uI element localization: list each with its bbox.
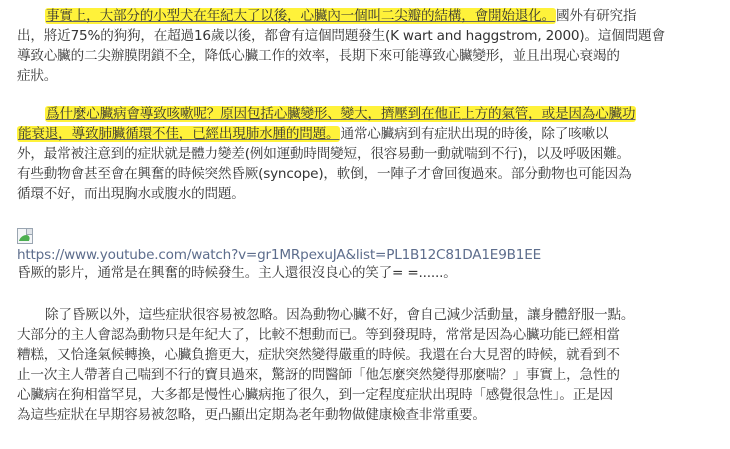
paragraph-2-line-1: 爲什麼心臟病會導致咳嗽呢？原因包括心臟變形、變大，擠壓到在他正上方的氣管，或是因… [45, 104, 636, 124]
highlighted-text: 爲什麼心臟病會導致咳嗽呢？原因包括心臟變形、變大，擠壓到在他正上方的氣管，或是因… [45, 106, 636, 122]
paragraph-3-line-6: 為這些症狀在早期容易被忽略，更凸顯出定期為老年動物做健康檢查非常重要。 [17, 405, 486, 425]
highlighted-text: 事實上，大部分的小型犬在年紀大了以後，心臟內一個叫二尖瓣的結構，會開始退化。 [45, 8, 556, 24]
paragraph-1-line-4: 症狀。 [17, 66, 57, 86]
body-text: 通常心臟病到有症狀出現的時後，除了咳嗽以 [340, 126, 608, 142]
paragraph-3-line-5: 心臟病在狗相當罕見，大多都是慢性心臟病拖了很久，到一定程度症狀出現時「感覺很急性… [17, 385, 613, 405]
highlighted-text: 能衰退，導致肺臟循環不佳，已經出現肺水腫的問題。 [17, 126, 340, 142]
video-caption: 昏厥的影片，通常是在興奮的時候發生。主人還很沒良心的笑了= =......。 [17, 263, 457, 283]
body-text: 國外有研究指 [556, 8, 636, 24]
paragraph-2-line-2: 能衰退，導致肺臟循環不佳，已經出現肺水腫的問題。通常心臟病到有症狀出現的時後，除… [17, 124, 608, 144]
paragraph-3-line-3: 糟糕，又恰逢氣候轉換，心臟負擔更大，症狀突然變得嚴重的時候。我還在台大見習的時候… [17, 345, 620, 365]
paragraph-3-line-4: 止一次主人帶著自己喘到不行的寶貝過來，驚訝的問醫師「他怎麼突然變得那麼喘？」事實… [17, 365, 620, 385]
paragraph-3-line-1: 除了昏厥以外，這些症狀很容易被忽略。因為動物心臟不好，會自己減少活動量，讓身體舒… [45, 305, 634, 325]
paragraph-1-line-1: 事實上，大部分的小型犬在年紀大了以後，心臟內一個叫二尖瓣的結構，會開始退化。國外… [45, 6, 636, 26]
paragraph-1-line-2: 出，將近75%的狗狗，在超過16歲以後，都會有這個問題發生(K wart and… [17, 26, 665, 46]
paragraph-3-line-2: 大部分的主人會認為動物只是年紀大了，比較不想動而已。等到發現時，常常是因為心臟功… [17, 325, 620, 345]
paragraph-2-line-4: 有些動物會甚至會在興奮的時候突然昏厥(syncope)，軟倒，一陣子才會回復過來… [17, 164, 631, 184]
video-link[interactable]: https://www.youtube.com/watch?v=gr1MRpex… [17, 245, 541, 265]
broken-image-icon[interactable] [17, 228, 33, 244]
paragraph-1-line-3: 導致心臟的二尖辦膜閉鎖不全，降低心臟工作的效率，長期下來可能導致心臟變形，並且出… [17, 46, 620, 66]
paragraph-2-line-5: 循環不好，而出現胸水或腹水的問題。 [17, 184, 245, 204]
paragraph-2-line-3: 外，最常被注意到的症狀就是體力變差(例如運動時間變短，很容易動一動就喘到不行)，… [17, 144, 630, 164]
